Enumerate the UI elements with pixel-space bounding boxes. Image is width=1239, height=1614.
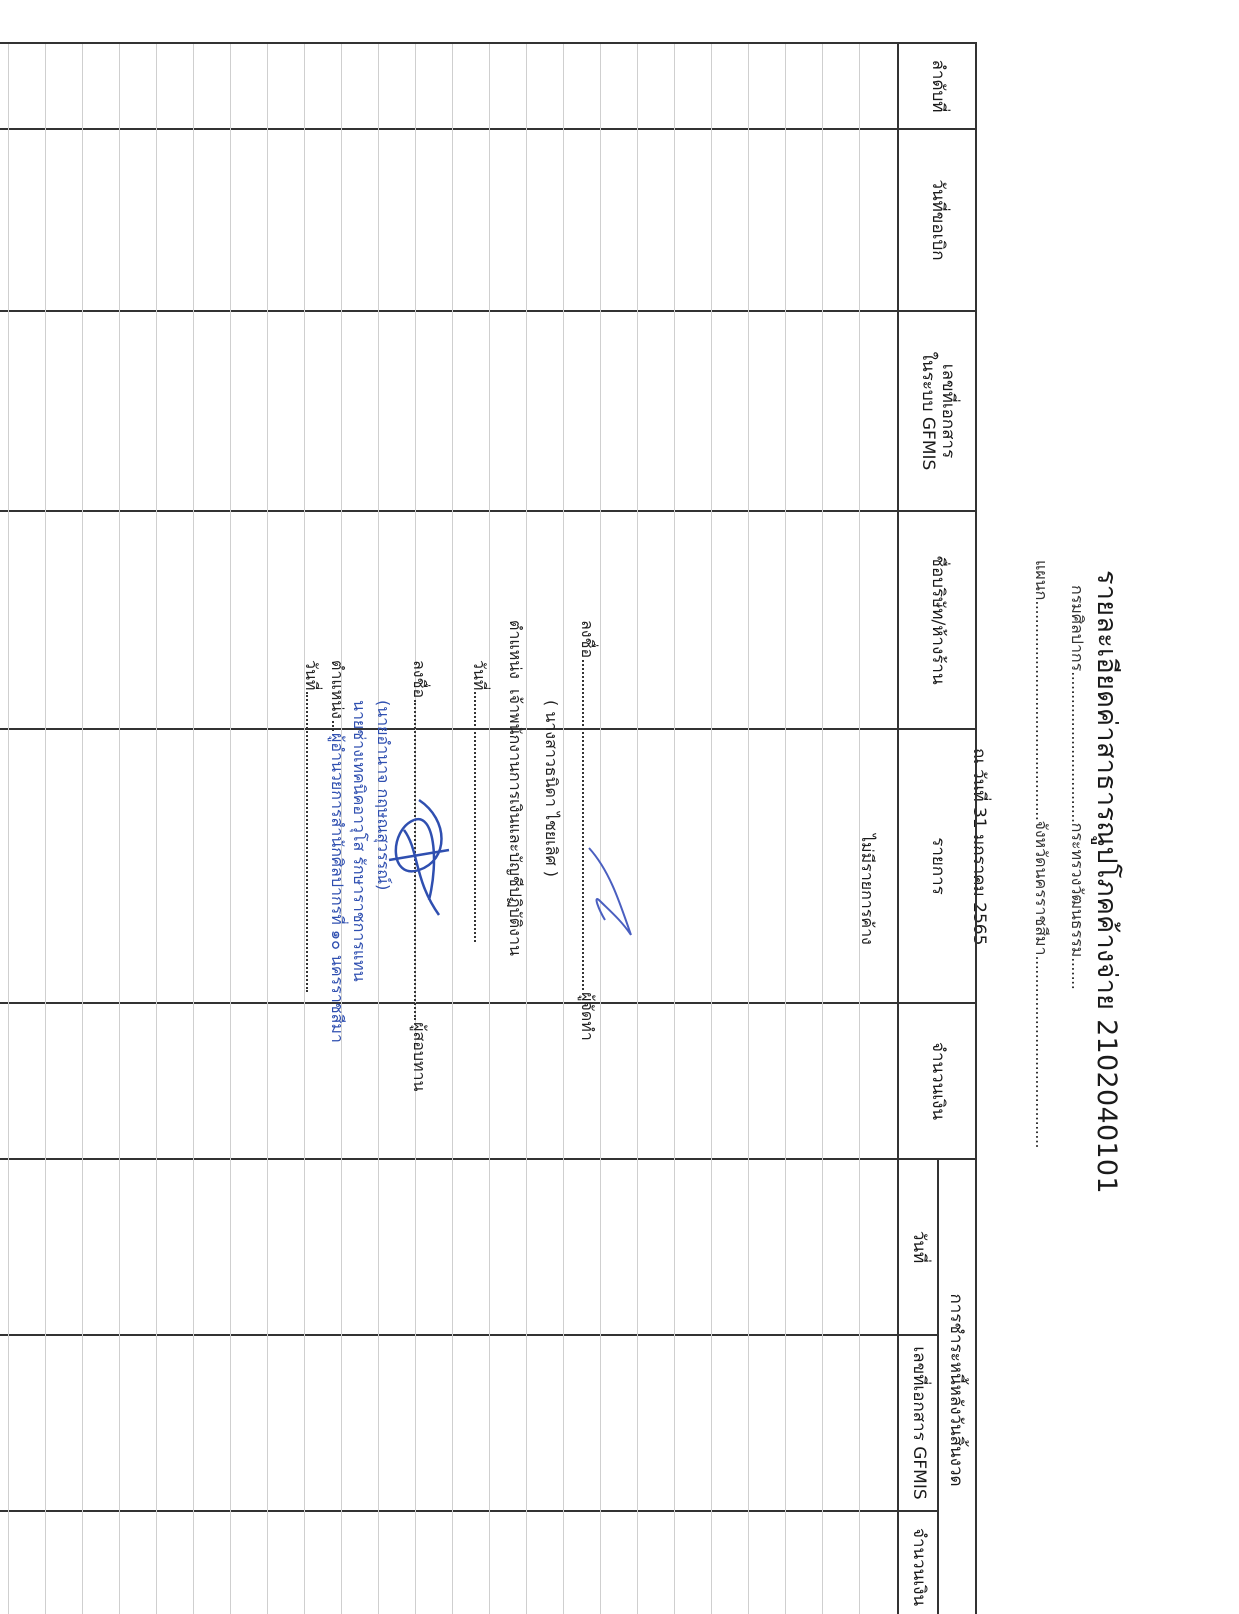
table-row-rule	[230, 44, 231, 1614]
col-pay-gfmis-doc	[0, 1336, 897, 1512]
preparer-sign-label: ลงชื่อ	[578, 620, 597, 658]
reviewer-sign-label: ลงชื่อ	[410, 660, 429, 698]
reviewer-name: (นายอำนาจ กฤษณสุวรรณ์)	[370, 700, 395, 890]
table-row-rule	[600, 44, 601, 1614]
col-gfmis-doc	[0, 312, 897, 512]
table-row-rule	[637, 44, 638, 1614]
col-vendor	[0, 512, 897, 730]
table-row-rule	[674, 44, 675, 1614]
reviewer-position-label: ตำแหน่ง	[328, 660, 347, 719]
reviewer-date-label: วันที่	[302, 660, 321, 690]
table-row-rule	[8, 44, 9, 1614]
preparer-position: เจ้าพนักงานการเงินและบัญชีปฏิบัติงาน	[506, 689, 525, 956]
ministry-label: กระทรวงวัฒนธรรม	[1068, 823, 1087, 958]
reviewer-title: นายช่างเทคนิคอาวุโส รักษาราชการแทน	[346, 700, 371, 982]
col-pay-date	[0, 1160, 897, 1336]
col-header-vendor: ชื่อบริษัท/ห้างร้าน	[899, 512, 975, 730]
col-request-date	[0, 130, 897, 312]
col-header-no: ลำดับที่	[899, 44, 975, 130]
col-no	[0, 44, 897, 130]
table-row-rule	[45, 44, 46, 1614]
table-row-rule	[82, 44, 83, 1614]
col-header-request-date: วันที่ขอเบิก	[899, 130, 975, 312]
reviewer-position-line: ตำแหน่งผู้อำนวยการสำนักศิลปากรที่ ๑๐ นคร…	[324, 660, 349, 1043]
col-header-amount: จำนวนเงิน	[899, 1004, 975, 1160]
table-row-rule	[859, 44, 860, 1614]
col-pay-amount	[0, 1512, 897, 1614]
preparer-sign-line: ลงชื่อผู้จัดทำ	[574, 620, 599, 1041]
table-header: ลำดับที่ วันที่ขอเบิก เลขที่เอกสาร ในระบ…	[897, 44, 975, 1614]
reviewer-position: ผู้อำนวยการสำนักศิลปากรที่ ๑๐ นครราชสีมา	[328, 733, 347, 1043]
preparer-position-label: ตำแหน่ง	[506, 620, 525, 679]
preparer-position-line: ตำแหน่ง เจ้าพนักงานการเงินและบัญชีปฏิบัต…	[502, 620, 527, 956]
table-row-rule	[822, 44, 823, 1614]
department-label: กรมศิลปากร	[1068, 585, 1087, 671]
reviewer-date-line: วันที่	[298, 660, 323, 994]
table-row-rule	[119, 44, 120, 1614]
col-header-item: รายการ	[899, 730, 975, 1004]
table-row-rule	[748, 44, 749, 1614]
document-title: รายละเอียดค่าสาธารณูปโภคค้างจ่าย 2102040…	[1086, 570, 1129, 1194]
preparer-date-label: วันที่	[470, 660, 489, 690]
preparer-signature-mark	[579, 840, 639, 950]
section-label: แผนก	[1032, 560, 1051, 600]
col-group-post-period-payment: การชำระหนี้หลังวันสิ้นงวด	[937, 1160, 975, 1614]
table-row-rule	[711, 44, 712, 1614]
reviewer-role: ผู้สอบทาน	[410, 1022, 429, 1091]
preparer-date-line: วันที่	[466, 660, 491, 944]
table-row-rule	[785, 44, 786, 1614]
table-row-rule	[156, 44, 157, 1614]
table-row-rule	[563, 44, 564, 1614]
col-header-pay-amount: จำนวนเงิน	[899, 1512, 937, 1614]
preparer-role: ผู้จัดทำ	[578, 992, 597, 1041]
col-header-pay-gfmis-doc: เลขที่เอกสาร GFMIS	[899, 1336, 937, 1512]
col-header-pay-date: วันที่	[899, 1160, 937, 1336]
section-line: แผนก....................................…	[1028, 560, 1053, 1148]
table-row-rule	[267, 44, 268, 1614]
table-row-rule	[193, 44, 194, 1614]
col-amount	[0, 1004, 897, 1160]
province-label: จังหวัดนครราชสีมา	[1032, 820, 1051, 955]
department-line: กรมศิลปากร..............................…	[1064, 585, 1089, 989]
document-page: รายละเอียดค่าสาธารณูปโภคค้างจ่าย 2102040…	[0, 0, 1239, 1614]
col-header-gfmis-doc: เลขที่เอกสาร ในระบบ GFMIS	[899, 312, 975, 512]
preparer-name: ( นางสาวธนิดา ไชยเลิศ )	[538, 700, 563, 877]
empty-table-note: ไม่มีรายการค้าง	[854, 834, 879, 945]
